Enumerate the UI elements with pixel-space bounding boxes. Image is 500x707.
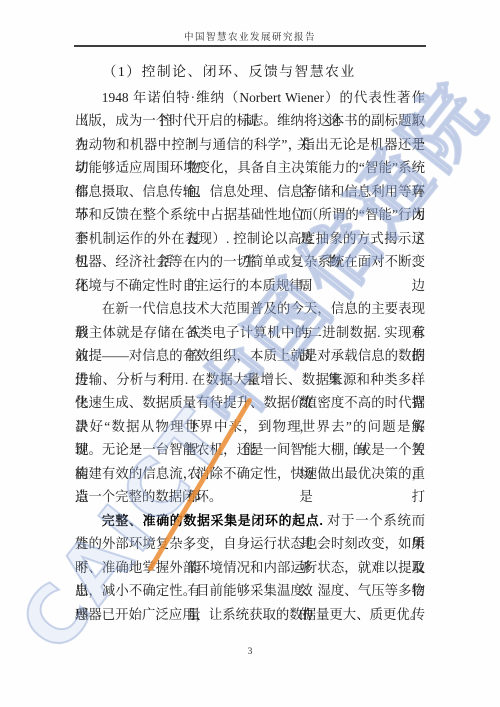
body-line: 息，减小不确定性。目前能够采集温度、湿度、气压等多物理量的传 [75, 579, 425, 603]
bold-key-sentence: 完整、准确的数据采集是闭环的起点. [102, 513, 323, 528]
body-line: 快速生成、数据质量有待提升、数据价值密度不高的时代背景下，解 [75, 391, 425, 415]
body-line: 切能够适应周围环境变化，具备自主决策能力的“智能”系统都包含有 [75, 156, 425, 180]
body-line: 时、准确地掌握外部环境情况和内部运行状态，就难以提取出有效信 [75, 556, 425, 580]
body-line: 在动物和机器中控制与通信的科学”，指出无论是机器还是动物，一 [75, 133, 425, 157]
body-line: 信息摄取、信息传输、信息处理、信息存储和信息利用等环节，而闭 [75, 180, 425, 204]
body-line: 决好“数据从物理世界中来，到物理世界去”的问题是实现“智能”的关 [75, 415, 425, 439]
body-line-with-bold-lead: 完整、准确的数据采集是闭环的起点. 对于一个系统而言，其所 [75, 509, 425, 533]
body-line: 出版，成为一个时代开启的标志。维纳将这本书的副标题取为“关于 [75, 109, 425, 133]
body-line: 感器已开始广泛应用，让系统获取的数据量更大、质更优。 [75, 603, 425, 627]
body-line: 环和反馈在整个系统中占据基础性地位（所谓的“智能”行为不过是这 [75, 203, 425, 227]
body-line: 处的外部环境复杂多变，自身运行状态也会时刻改变，如果不能够及 [75, 532, 425, 556]
body-line: 传输、分析与利用. 在数据大量增长、数据来源和种类多样化、数据 [75, 368, 425, 392]
body-line: 前提——对信息的有效组织，本质上就是对承载信息的数据进行采集、 [75, 344, 425, 368]
body-line: 在新一代信息技术大范围普及的今天，信息的主要表现形式与承 [75, 297, 425, 321]
body-line: 1948 年诺伯特·维纳（Norbert Wiener）的代表性著作《控制论》 [75, 86, 425, 110]
page-number: 3 [0, 647, 500, 657]
body-line: 套机制运作的外在表现）. 控制论以高度抽象的方式揭示了包括生物、 [75, 227, 425, 251]
header-rule [74, 45, 426, 47]
body-line: 键。无论是一台智能农机，还是一间智能大棚，或是一个智能农场， [75, 438, 425, 462]
document-body: （1）控制论、闭环、反馈与智慧农业 1948 年诺伯特·维纳（Norbert W… [75, 60, 425, 626]
body-line: 机器、经济社会等在内的一切简单或复杂系统在面对不断变化的周边 [75, 250, 425, 274]
body-line: 载主体就是存储在各类电子计算机中的二进制数据. 实现有效控制的 [75, 321, 425, 345]
body-line: 构建有效的信息流，消除不确定性，快速做出最优决策的重点都是打 [75, 462, 425, 486]
document-page: 中国智慧农业发展研究报告 CAICT中国信通院 （1）控制论、闭环、反馈与智慧农… [0, 0, 500, 707]
page-header-title: 中国智慧农业发展研究报告 [0, 29, 500, 43]
section-heading: （1）控制论、闭环、反馈与智慧农业 [75, 60, 425, 84]
